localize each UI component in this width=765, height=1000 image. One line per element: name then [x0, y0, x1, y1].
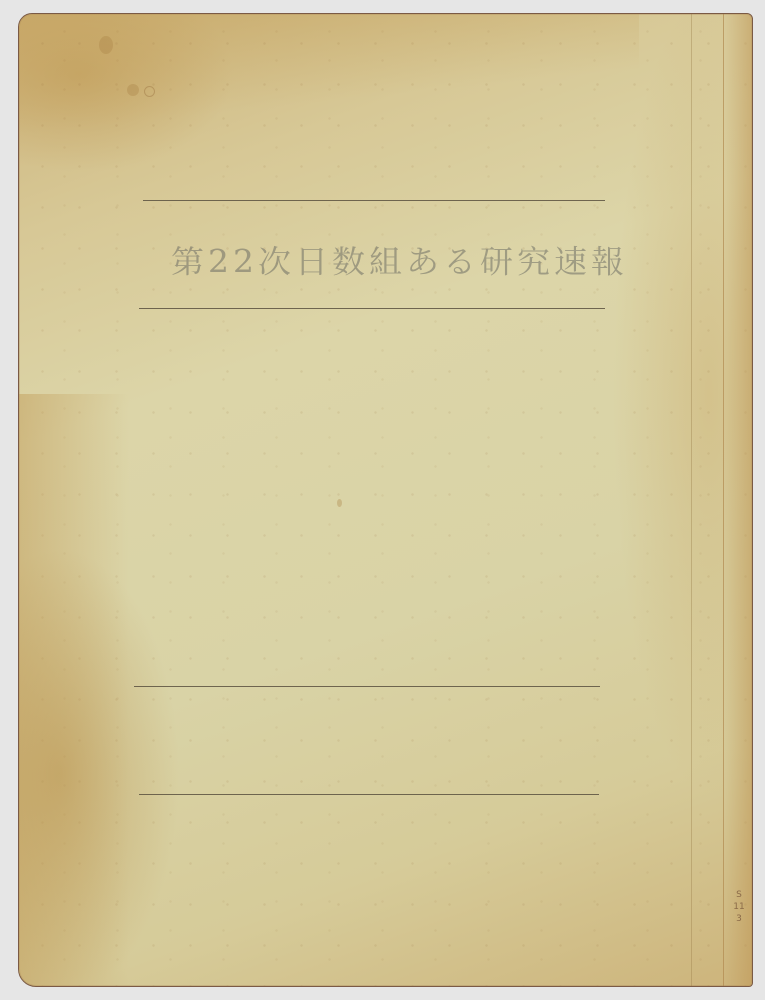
lower-bottom-rule: [139, 794, 599, 795]
spine-marks: S 11 3: [732, 889, 746, 925]
stain-mark: [337, 499, 342, 507]
handwritten-title: 第22次日数組ある研究速報: [171, 237, 711, 282]
paper-texture: [19, 14, 752, 986]
spine-mark: S: [732, 889, 746, 901]
title-top-rule: [143, 200, 605, 201]
spine-edge: [723, 14, 752, 986]
spine-fold-line: [691, 14, 692, 986]
stain-mark: [127, 84, 139, 96]
stain-mark: [99, 36, 113, 54]
document-cover: 第22次日数組ある研究速報 S 11 3: [18, 13, 753, 987]
title-bottom-rule: [139, 308, 605, 309]
photo-stage: 第22次日数組ある研究速報 S 11 3: [0, 0, 765, 1000]
spine-mark: 3: [732, 913, 746, 925]
stain-mark: [144, 86, 155, 97]
spine-mark: 11: [732, 901, 746, 913]
lower-top-rule: [134, 686, 600, 687]
